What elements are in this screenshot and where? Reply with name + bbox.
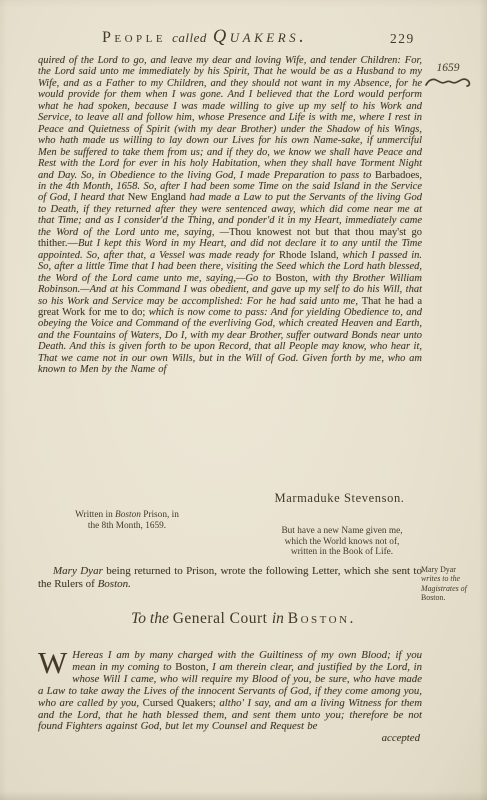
signature-marmaduke-stevenson: Marmaduke Stevenson. — [252, 491, 427, 506]
new-name-note-line: which the World knows not of, — [256, 537, 428, 548]
page-number: 229 — [390, 31, 415, 47]
margin-year-text: 1659 — [437, 62, 460, 74]
written-note-line: Written in Boston Prison, in — [58, 510, 196, 521]
page-header: People called Quakers. — [102, 27, 307, 48]
new-name-note: But have a new Name given me, which the … — [256, 526, 428, 558]
stevenson-testimony-paragraph: quired of the Lord to go, and leave my d… — [38, 55, 422, 376]
margin-note-line: Boston. — [421, 593, 483, 602]
written-in-prison-note: Written in Boston Prison, in the 8th Mon… — [58, 510, 196, 532]
header-word-quakers: Quakers. — [213, 27, 307, 47]
written-note-line: the 8th Month, 1659. — [58, 521, 196, 532]
dropcap-w: W — [38, 650, 72, 674]
new-name-note-line: But have a new Name given me, — [256, 526, 428, 537]
year-flourish-icon — [425, 74, 471, 88]
mary-dyar-margin-note: Mary Dyar writes to the Magistrates of B… — [421, 565, 483, 603]
new-name-note-line: written in the Book of Life. — [256, 547, 428, 558]
letter-heading: To the General Court in Boston. — [0, 610, 487, 628]
margin-note-line: Mary Dyar — [421, 565, 483, 574]
book-page-scan: People called Quakers. 229 1659 quired o… — [0, 0, 487, 800]
margin-note-line: Magistrates of — [421, 584, 483, 593]
header-word-people: People — [102, 29, 166, 46]
letter-body-text: Hereas I am by many charged with the Gui… — [38, 649, 422, 732]
catchword: accepted — [38, 733, 422, 745]
header-word-called: called — [172, 30, 207, 45]
margin-note-line: writes to the — [421, 574, 483, 583]
margin-year-note: 1659 — [424, 62, 472, 88]
letter-body-paragraph: WHereas I am by many charged with the Gu… — [38, 650, 422, 745]
mary-dyar-paragraph: Mary Dyar being returned to Prison, wrot… — [38, 565, 422, 591]
